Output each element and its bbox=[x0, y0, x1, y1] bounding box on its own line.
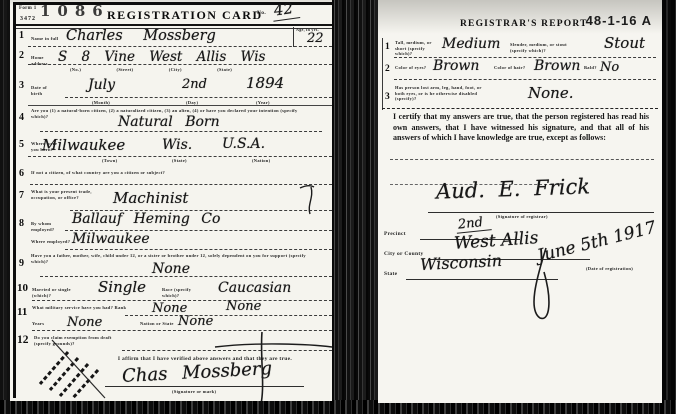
signature-caption: (Signature or mark) bbox=[172, 389, 216, 395]
state-value: Wisconsin bbox=[420, 251, 503, 274]
military-years-label: Years bbox=[32, 321, 44, 327]
report-title: REGISTRAR'S REPORT bbox=[460, 19, 588, 29]
military-nation-value: None bbox=[178, 314, 213, 329]
line12-number: 12 bbox=[17, 335, 29, 345]
line11-rule-b bbox=[32, 330, 332, 331]
military-label: What military service have you had? Rank bbox=[32, 305, 127, 311]
line3-rule bbox=[65, 97, 332, 98]
line7-label: What is your present trade, occupation, … bbox=[31, 189, 111, 200]
scanned-draft-registration: Form 1 3472 1086 REGISTRATION CARD No. 4… bbox=[0, 0, 676, 414]
horizontal-pen-stroke bbox=[215, 344, 332, 347]
eyes-label: Color of eyes? bbox=[395, 65, 427, 71]
line4-number: 4 bbox=[19, 113, 24, 123]
registrar-signature-caption: (Signature of registrar) bbox=[496, 214, 548, 220]
line4-rule bbox=[40, 131, 322, 132]
rline2-number: 2 bbox=[385, 64, 390, 74]
flourish-overlay bbox=[378, 0, 662, 403]
rline3-number: 3 bbox=[385, 92, 390, 102]
line5-rule bbox=[28, 156, 332, 157]
registration-date-caption: (Date of registration) bbox=[586, 266, 633, 272]
birth-year-value: 1894 bbox=[246, 74, 284, 92]
bald-label: Bald? bbox=[584, 65, 597, 71]
section-divider bbox=[382, 108, 658, 109]
birth-month-value: July bbox=[88, 77, 115, 93]
disability-value: None. bbox=[528, 84, 573, 102]
registrar-signature-rule bbox=[428, 212, 654, 213]
line6-rule bbox=[30, 184, 332, 185]
precinct-label: Precinct bbox=[384, 231, 406, 238]
home-address-value: S 8 Vine West Allis Wis bbox=[58, 49, 265, 65]
no-label: No. bbox=[257, 10, 266, 17]
military-years-value: None bbox=[67, 315, 102, 330]
employer-value: Ballauf Heming Co bbox=[72, 211, 220, 227]
film-edge-right bbox=[662, 0, 676, 414]
dependents-value: None bbox=[152, 261, 190, 277]
line12-rule bbox=[122, 350, 332, 351]
card-number-value: 42 bbox=[271, 0, 301, 22]
line2-rule bbox=[28, 64, 332, 65]
occupation-value: Machinist bbox=[113, 189, 188, 207]
military-branch-value: None bbox=[226, 299, 261, 314]
line2-number: 2 bbox=[19, 51, 24, 61]
line6-number: 6 bbox=[19, 169, 24, 179]
line1-label: Name in full bbox=[31, 36, 61, 42]
form-number-label: Form 1 bbox=[19, 6, 37, 12]
line2-sublabels: (No.) (Street) (City) (State) bbox=[70, 67, 232, 73]
age-column-divider bbox=[293, 27, 294, 47]
citizenship-value: Natural Born bbox=[118, 114, 220, 130]
line7-number: 7 bbox=[19, 191, 24, 201]
height-value: Medium bbox=[442, 36, 500, 52]
line10-number: 10 bbox=[17, 283, 28, 293]
state-rule bbox=[406, 279, 558, 280]
line3-number: 3 bbox=[19, 81, 24, 91]
build-label: Slender, medium, or stout (specify which… bbox=[510, 42, 572, 53]
race-label: Race (specify which)? bbox=[162, 287, 210, 298]
film-band-middle bbox=[332, 0, 378, 414]
registration-date-value: June 5th 1917 bbox=[535, 218, 658, 267]
eyes-value: Brown bbox=[433, 58, 479, 74]
birth-day-value: 2nd bbox=[182, 77, 207, 92]
name-value: Charles Mossberg bbox=[66, 28, 216, 44]
married-value: Single bbox=[98, 278, 146, 296]
employed-where-value: Milwaukee bbox=[72, 231, 150, 247]
registration-card: Form 1 3472 1086 REGISTRATION CARD No. 4… bbox=[10, 0, 332, 401]
line1-number: 1 bbox=[19, 31, 24, 41]
city-label: City or County bbox=[384, 251, 424, 258]
birthplace-nation-value: U.S.A. bbox=[222, 136, 265, 152]
card-title: REGISTRATION CARD bbox=[107, 9, 263, 21]
height-label: Tall, medium, or short (specify which)? bbox=[395, 40, 439, 57]
report-code-stamp: 48-1-16 A bbox=[586, 14, 652, 27]
birthplace-town-value: Milwaukee bbox=[42, 136, 125, 154]
line11-rule-a bbox=[125, 315, 332, 316]
report-lines-bracket bbox=[382, 38, 383, 110]
hair-label: Color of hair? bbox=[494, 65, 526, 71]
bald-value: No bbox=[600, 60, 619, 75]
nation-sublabel: (Nation) bbox=[252, 158, 270, 164]
disability-label: Has person lost arm, leg, hand, foot, or… bbox=[395, 85, 483, 102]
blank-answer-line-1 bbox=[390, 159, 654, 160]
serial-number: 3472 bbox=[20, 17, 36, 23]
line9-number: 9 bbox=[19, 259, 24, 269]
certification-text: I certify that my answers are true, that… bbox=[393, 112, 649, 144]
order-number-stamp: 1086 bbox=[40, 4, 110, 19]
state-label: State bbox=[384, 271, 397, 278]
line8-rule-b bbox=[65, 249, 332, 250]
registrar-signature: Aud. E. Frick bbox=[436, 174, 591, 203]
line3-label: Date of birth bbox=[31, 85, 59, 96]
line9-rule bbox=[40, 276, 332, 277]
diagonal-scratch bbox=[52, 340, 105, 398]
line5-number: 5 bbox=[19, 140, 24, 150]
line8-number: 8 bbox=[19, 219, 24, 229]
rline2-rule bbox=[394, 79, 656, 80]
film-edge-left bbox=[0, 0, 10, 414]
line6-label: If not a citizen, of what country are yo… bbox=[31, 170, 276, 176]
birthplace-state-value: Wis. bbox=[162, 137, 192, 153]
line1-rule bbox=[28, 46, 332, 47]
military-nation-label: Nation or State bbox=[140, 321, 174, 327]
race-value: Caucasian bbox=[218, 280, 291, 296]
age-value: 22 bbox=[307, 31, 324, 46]
signature-rule bbox=[105, 386, 304, 387]
line3-bottom-rule bbox=[28, 105, 332, 106]
registrars-report: REGISTRAR'S REPORT 48-1-16 A 1 Tall, med… bbox=[378, 0, 662, 403]
build-value: Stout bbox=[604, 34, 645, 52]
rline1-number: 1 bbox=[385, 42, 390, 52]
state-sublabel: (State) bbox=[172, 158, 187, 164]
employed-where-label: Where employed? bbox=[31, 239, 71, 245]
exemption-label: Do you claim exemption from draft (speci… bbox=[34, 335, 119, 346]
town-sublabel: (Town) bbox=[102, 158, 117, 164]
line11-number: 11 bbox=[17, 307, 27, 317]
hair-value: Brown bbox=[534, 58, 580, 74]
married-label: Married or single (which)? bbox=[32, 287, 90, 298]
